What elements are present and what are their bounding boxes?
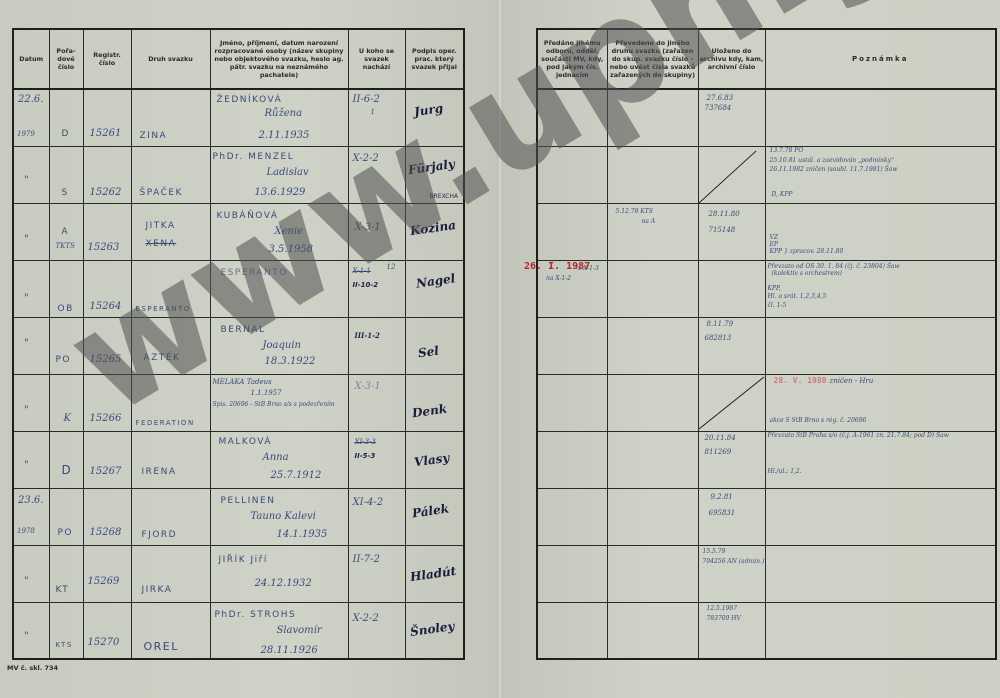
cell-podpis: Sel	[405, 317, 464, 374]
cell-registr: 15270	[83, 602, 131, 659]
ledger-row: 13.7.78 PO 25.10.81 ustál. a zaevidován …	[537, 146, 996, 203]
header-podpis: Podpis oper. prac. který svazek přijal	[405, 29, 464, 89]
header-u-koho: U koho se svazek nachází	[348, 29, 405, 89]
ledger-row: 9.2.81 695831	[537, 488, 996, 545]
transfer-archive-table: Předáno jinému odboru, odděl. součásti M…	[536, 28, 997, 660]
faint-date-stamp: 28. V. 1980	[774, 377, 827, 385]
cell-datum: "	[13, 317, 49, 374]
cell-poznamka	[765, 545, 996, 602]
ledger-row: 22.6. 1979 D 15261 ZINA ŽEDNÍKOVÁ Růžena…	[13, 89, 464, 146]
cell-ulozeno: 8.11.79 682813	[698, 317, 765, 374]
header-poradove-cislo: Pořa-dové číslo	[49, 29, 83, 89]
cell-podpis: Kozina	[405, 203, 464, 260]
cell-registr: 15261	[83, 89, 131, 146]
cell-u-koho: II-7-2	[348, 545, 405, 602]
cell-podpis: Šnoley	[405, 602, 464, 659]
signature: Jurg	[413, 102, 444, 118]
cell-ulozeno: 28.11.80 715148	[698, 203, 765, 260]
cell-datum: 23.6. 1978	[13, 488, 49, 545]
cell-druh: JIRKA	[131, 545, 210, 602]
ledger-row: 26. I. 1987 -z X-1-3 na X-1-2 Převzato o…	[537, 260, 996, 317]
signature: Vlasy	[413, 451, 450, 468]
ledger-row: 15.5.79 704256 AN (admin.)	[537, 545, 996, 602]
cell-druh: ZINA	[131, 89, 210, 146]
cell-ulozeno	[698, 374, 765, 431]
cell-podpis: Vlasy	[405, 431, 464, 488]
cell-predano	[537, 146, 607, 203]
cell-poradove: KTS	[49, 602, 83, 659]
signature: Denk	[411, 402, 447, 419]
cell-ulozeno: 20.11.84 811269	[698, 431, 765, 488]
ledger-row: " K 15266 FEDERATION MELAKA Tadeus 1.1.1…	[13, 374, 464, 431]
cell-poznamka	[765, 602, 996, 659]
cell-u-koho: XI-4-2	[348, 488, 405, 545]
cell-predano	[537, 89, 607, 146]
cell-druh: FJORD	[131, 488, 210, 545]
signature: Pálek	[411, 502, 449, 519]
cell-registr: 15266	[83, 374, 131, 431]
cell-predano	[537, 602, 607, 659]
ledger-row: " KT 15269 JIRKA JIŘÍK Jiří 24.12.1932 I…	[13, 545, 464, 602]
ledger-header-row: Datum Pořa-dové číslo Registr. číslo Dru…	[13, 29, 464, 89]
cell-datum: "	[13, 602, 49, 659]
cell-u-koho: X-3-1	[348, 203, 405, 260]
ledger-row: 20.11.84 811269 Převzato StB Praha s/o (…	[537, 431, 996, 488]
cell-jmeno: PhDr. MENZEL Ladislav 13.6.1929	[210, 146, 348, 203]
signature: Sel	[417, 344, 439, 359]
cell-registr: 15262	[83, 146, 131, 203]
ledger-row: 8.11.79 682813	[537, 317, 996, 374]
header-druh-svazku: Druh svazku	[131, 29, 210, 89]
cell-u-koho: X-2-2	[348, 602, 405, 659]
cell-u-koho: III-1-2	[348, 317, 405, 374]
cell-jmeno: MELAKA Tadeus 1.1.1957 Spis. 20696 - StB…	[210, 374, 348, 431]
cell-prevedeno	[607, 260, 698, 317]
cell-druh: AZTÉK	[131, 317, 210, 374]
cell-u-koho: X-2-2	[348, 146, 405, 203]
header-ulozeno: Uloženo do archivu kdy, kam, archivní čí…	[698, 29, 765, 89]
cell-druh: FEDERATION	[131, 374, 210, 431]
cell-podpis: Fürjaly BREXCHA	[405, 146, 464, 203]
cell-datum: "	[13, 374, 49, 431]
cell-jmeno: BERNAL Joaquin 18.3.1922	[210, 317, 348, 374]
ledger-row: 27.6.83 737684	[537, 89, 996, 146]
cell-druh: IRENA	[131, 431, 210, 488]
cell-predano	[537, 374, 607, 431]
cell-ulozeno: 15.5.79 704256 AN (admin.)	[698, 545, 765, 602]
cell-ulozeno	[698, 146, 765, 203]
ledger-row: 5.12.78 KTS na A 28.11.80 715148 VZ EP K…	[537, 203, 996, 260]
signature: Hladút	[409, 564, 457, 582]
cell-prevedeno	[607, 602, 698, 659]
cell-ulozeno: 27.6.83 737684	[698, 89, 765, 146]
ledger-row: " PO 15265 AZTÉK BERNAL Joaquin 18.3.192…	[13, 317, 464, 374]
cell-jmeno: KUBÁŇOVÁ Xenie 3.5.1958	[210, 203, 348, 260]
cell-poznamka	[765, 89, 996, 146]
crossed-out-mark	[699, 375, 765, 431]
cell-poradove: K	[49, 374, 83, 431]
signature: Šnoley	[409, 619, 455, 637]
ledger-row: 12.5.1987 783709 HV	[537, 602, 996, 659]
cell-poznamka: Převzato StB Praha s/o (č.j. A-1961 zn. …	[765, 431, 996, 488]
cell-prevedeno	[607, 89, 698, 146]
cell-predano	[537, 203, 607, 260]
cell-poznamka: 13.7.78 PO 25.10.81 ustál. a zaevidován …	[765, 146, 996, 203]
cell-prevedeno	[607, 374, 698, 431]
header-poznamka: Poznámka	[765, 29, 996, 89]
ledger-row: " A TKTS 15263 JITKA XENA KUBÁŇOVÁ Xenie…	[13, 203, 464, 260]
cell-predano: 26. I. 1987 -z X-1-3 na X-1-2	[537, 260, 607, 317]
signature: Nagel	[415, 272, 456, 289]
cell-poradove: S	[49, 146, 83, 203]
cell-podpis: Jurg	[405, 89, 464, 146]
cell-poradove: D	[49, 89, 83, 146]
cell-jmeno: ŽEDNÍKOVÁ Růžena 2.11.1935	[210, 89, 348, 146]
cell-predano	[537, 545, 607, 602]
crossed-out-mark	[699, 147, 765, 203]
cell-registr: 15269	[83, 545, 131, 602]
cell-prevedeno	[607, 488, 698, 545]
cell-datum: 22.6. 1979	[13, 89, 49, 146]
cell-prevedeno: 5.12.78 KTS na A	[607, 203, 698, 260]
cell-druh: OREL	[131, 602, 210, 659]
cell-poradove: PO	[49, 317, 83, 374]
cell-datum: "	[13, 260, 49, 317]
cell-druh: JITKA XENA	[131, 203, 210, 260]
cell-poradove: OB	[49, 260, 83, 317]
cell-prevedeno	[607, 431, 698, 488]
cell-ulozeno: 12.5.1987 783709 HV	[698, 602, 765, 659]
cell-prevedeno	[607, 146, 698, 203]
cell-jmeno: ESPERANTO	[210, 260, 348, 317]
cell-prevedeno	[607, 545, 698, 602]
registration-ledger-table: Datum Pořa-dové číslo Registr. číslo Dru…	[12, 28, 465, 660]
cell-ulozeno	[698, 260, 765, 317]
cell-jmeno: PELLINEN Tauno Kalevi 14.1.1935	[210, 488, 348, 545]
cell-podpis: Pálek	[405, 488, 464, 545]
signature: Kozina	[409, 218, 456, 236]
cell-datum: "	[13, 146, 49, 203]
cell-u-koho: X-1-1 12 II-10-2	[348, 260, 405, 317]
header-predano: Předáno jinému odboru, odděl. součásti M…	[537, 29, 607, 89]
cell-druh: ŠPAČEK	[131, 146, 210, 203]
form-code: MV č. skl. 734	[7, 664, 58, 672]
ledger-row: " S 15262 ŠPAČEK PhDr. MENZEL Ladislav 1…	[13, 146, 464, 203]
cell-poradove: KT	[49, 545, 83, 602]
cell-jmeno: JIŘÍK Jiří 24.12.1932	[210, 545, 348, 602]
cell-poznamka	[765, 317, 996, 374]
header-prevedeno: Převedeno do jiného druhu svazku (zařaze…	[607, 29, 698, 89]
cell-registr: 15265	[83, 317, 131, 374]
cell-registr: 15267	[83, 431, 131, 488]
cell-druh: ESPERANTO	[131, 260, 210, 317]
book-spine	[497, 0, 503, 698]
cell-prevedeno	[607, 317, 698, 374]
cell-datum: "	[13, 431, 49, 488]
cell-podpis: Denk	[405, 374, 464, 431]
cell-datum: "	[13, 203, 49, 260]
header-registr-cislo: Registr. číslo	[83, 29, 131, 89]
cell-predano	[537, 317, 607, 374]
cell-poradove: D	[49, 431, 83, 488]
signature: Fürjaly	[407, 157, 455, 175]
cell-ulozeno: 9.2.81 695831	[698, 488, 765, 545]
cell-poradove: A TKTS	[49, 203, 83, 260]
ledger-row: 28. V. 1980 zničen - Hru akce S StB Brno…	[537, 374, 996, 431]
cell-u-koho: X-3-1	[348, 374, 405, 431]
cell-u-koho: XI-3-3 II-5-3	[348, 431, 405, 488]
cell-registr: 15264	[83, 260, 131, 317]
cell-podpis: Hladút	[405, 545, 464, 602]
header-jmeno: Jméno, příjmení, datum narození rozpraco…	[210, 29, 348, 89]
cell-datum: "	[13, 545, 49, 602]
ledger-header-row: Předáno jinému odboru, odděl. součásti M…	[537, 29, 996, 89]
ledger-row: 23.6. 1978 PO 15268 FJORD PELLINEN Tauno…	[13, 488, 464, 545]
ledger-row: " D 15267 IRENA MALKOVÁ Anna 25.7.1912 X…	[13, 431, 464, 488]
cell-jmeno: PhDr. STROHS Slavomír 28.11.1926	[210, 602, 348, 659]
cell-u-koho: II-6-2 1	[348, 89, 405, 146]
cell-registr: 15268	[83, 488, 131, 545]
cell-predano	[537, 488, 607, 545]
cell-jmeno: MALKOVÁ Anna 25.7.1912	[210, 431, 348, 488]
cell-poznamka: 28. V. 1980 zničen - Hru akce S StB Brno…	[765, 374, 996, 431]
cell-poznamka: VZ EP KPP } zpracov. 28.11.80	[765, 203, 996, 260]
header-datum: Datum	[13, 29, 49, 89]
cell-registr: 15263	[83, 203, 131, 260]
cell-poznamka	[765, 488, 996, 545]
ledger-row: " KTS 15270 OREL PhDr. STROHS Slavomír 2…	[13, 602, 464, 659]
cell-predano	[537, 431, 607, 488]
ledger-row: " OB 15264 ESPERANTO ESPERANTO X-1-1 12 …	[13, 260, 464, 317]
cell-poradove: PO	[49, 488, 83, 545]
cell-poznamka: Převzato od OS 30. 1. 84 (čj. č. 23804) …	[765, 260, 996, 317]
cell-podpis: Nagel	[405, 260, 464, 317]
